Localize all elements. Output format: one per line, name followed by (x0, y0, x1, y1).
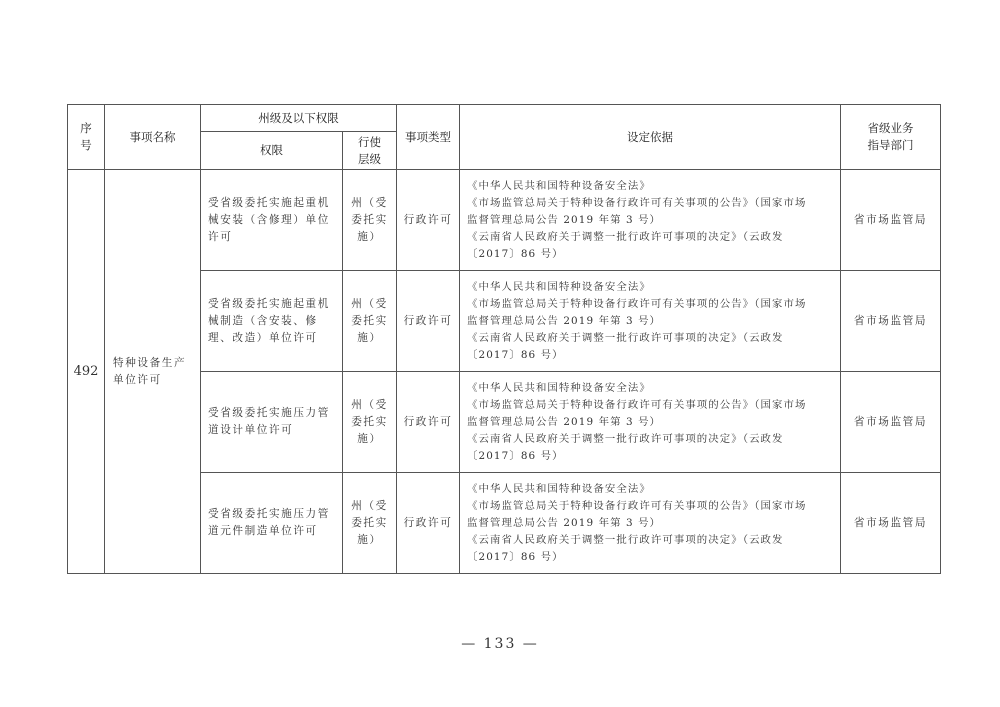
table-row: 492 特种设备生产单位许可 受省级委托实施起重机械安装（含修理）单位许可 州（… (68, 170, 941, 271)
dept-cell: 省市场监管局 (841, 170, 941, 271)
authority-cell: 受省级委托实施压力管道设计单位许可 (201, 372, 343, 473)
item-type-cell: 行政许可 (397, 271, 460, 372)
legal-basis-cell: 《中华人民共和国特种设备安全法》 《市场监管总局关于特种设备行政许可有关事项的公… (460, 170, 841, 271)
header-exercise-level: 行使层级 (343, 132, 397, 170)
header-seq: 序号 (68, 105, 105, 170)
permission-table: 序号 事项名称 州级及以下权限 事项类型 设定依据 省级业务指导部门 权限 行使… (67, 104, 941, 574)
dept-cell: 省市场监管局 (841, 271, 941, 372)
dept-cell: 省市场监管局 (841, 372, 941, 473)
exercise-level-cell: 州（受委托实施） (343, 271, 397, 372)
item-type-cell: 行政许可 (397, 372, 460, 473)
item-name: 特种设备生产单位许可 (105, 170, 201, 574)
item-type-cell: 行政许可 (397, 473, 460, 574)
legal-basis-cell: 《中华人民共和国特种设备安全法》 《市场监管总局关于特种设备行政许可有关事项的公… (460, 271, 841, 372)
header-item-name: 事项名称 (105, 105, 201, 170)
authority-cell: 受省级委托实施起重机械制造（含安装、修理、改造）单位许可 (201, 271, 343, 372)
dept-cell: 省市场监管局 (841, 473, 941, 574)
legal-basis-cell: 《中华人民共和国特种设备安全法》 《市场监管总局关于特种设备行政许可有关事项的公… (460, 372, 841, 473)
header-authority-group: 州级及以下权限 (201, 105, 397, 132)
header-item-type: 事项类型 (397, 105, 460, 170)
legal-basis-cell: 《中华人民共和国特种设备安全法》 《市场监管总局关于特种设备行政许可有关事项的公… (460, 473, 841, 574)
item-type-cell: 行政许可 (397, 170, 460, 271)
exercise-level-cell: 州（受委托实施） (343, 170, 397, 271)
exercise-level-cell: 州（受委托实施） (343, 372, 397, 473)
header-row-1: 序号 事项名称 州级及以下权限 事项类型 设定依据 省级业务指导部门 (68, 105, 941, 132)
authority-cell: 受省级委托实施起重机械安装（含修理）单位许可 (201, 170, 343, 271)
seq-number: 492 (68, 170, 105, 574)
authority-cell: 受省级委托实施压力管道元件制造单位许可 (201, 473, 343, 574)
header-authority: 权限 (201, 132, 343, 170)
page-number: — 133 — (0, 636, 1000, 652)
header-legal-basis: 设定依据 (460, 105, 841, 170)
header-provincial-dept: 省级业务指导部门 (841, 105, 941, 170)
exercise-level-cell: 州（受委托实施） (343, 473, 397, 574)
